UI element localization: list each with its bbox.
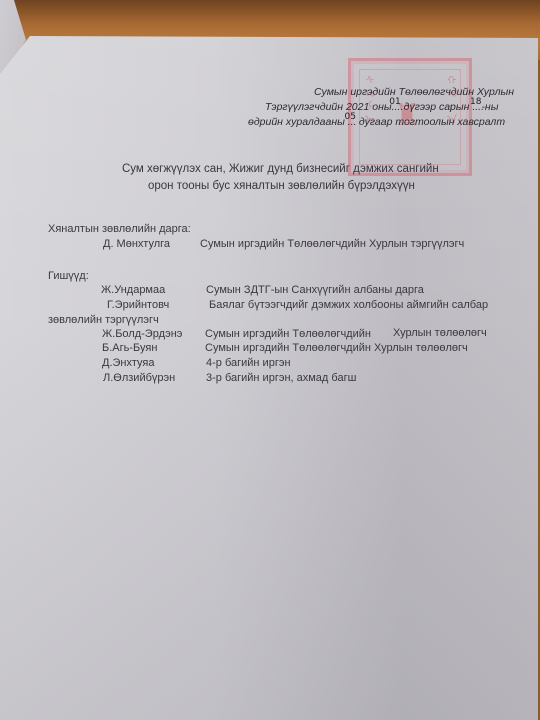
header-line-3: өдрийн хуралдааны ...05 дугаар тогтоолын… [248,116,505,128]
member-name: Г.Эрийнтовч [107,299,169,311]
member-position: 3-р багийн иргэн, ахмад багш [206,372,356,384]
handwritten-day: 18 [470,97,481,107]
member-position: Сумын иргэдийн Төлөөлөгчдийн Хурлын төлө… [205,342,468,354]
header-line-3-prefix: өдрийн хуралдааны [248,116,345,128]
chair-name: Д. Мөнхтулга [103,238,170,250]
member-name: Ж.Ундармаа [101,284,165,296]
member-position: Сумын иргэдийн Төлөөлөгчдийн [205,328,371,340]
member-position: Баялаг бүтээгчдийг дэмжих холбооны аймги… [209,299,488,311]
member-name: Ж.Болд-Эрдэнэ [102,328,182,340]
header-line-3-suffix: дугаар тогтоолын хавсралт [359,116,505,128]
header-line-2-prefix: Тэргүүлэгчдийн 2021 оны [265,101,392,113]
member-name: Л.Өлзийбүрэн [103,372,175,384]
header-line-2: Тэргүүлэгчдийн 2021 оны....01 дүгээр сар… [265,101,498,113]
member-name: Д.Энхтуяа [102,357,154,369]
member-position: Сумын ЗДТГ-ын Санхүүгийн албаны дарга [206,284,424,296]
members-label: Гишүүд: [48,270,89,282]
chair-label: Хяналтын зөвлөлийн дарга: [48,223,191,235]
handwritten-month: 01 [389,97,400,107]
document-title-line-2: орон тооны бус хяналтын зөвлөлийн бүрэлд… [148,180,415,192]
header-line-2-mid: дүгээр сарын [404,101,470,113]
header-line-1: Сумын иргэдийн Төлөөлөгчдийн Хурлын [314,86,514,98]
member-position-tail: Хурлын төлөөлөгч [393,327,487,339]
document-title-line-1: Сум хөгжүүлэх сан, Жижиг дунд бизнесийг … [122,163,439,175]
member-position: 4-р багийн иргэн [206,357,291,369]
member-position-continuation: зөвлөлийн тэргүүлэгч [48,314,159,326]
member-name: Б.Агь-Буян [102,342,157,354]
header-line-2-suffix: -ны [481,101,498,113]
chair-position: Сумын иргэдийн Төлөөлөгчдийн Хурлын тэрг… [200,238,464,250]
handwritten-resolution-number: 05 [345,112,356,122]
